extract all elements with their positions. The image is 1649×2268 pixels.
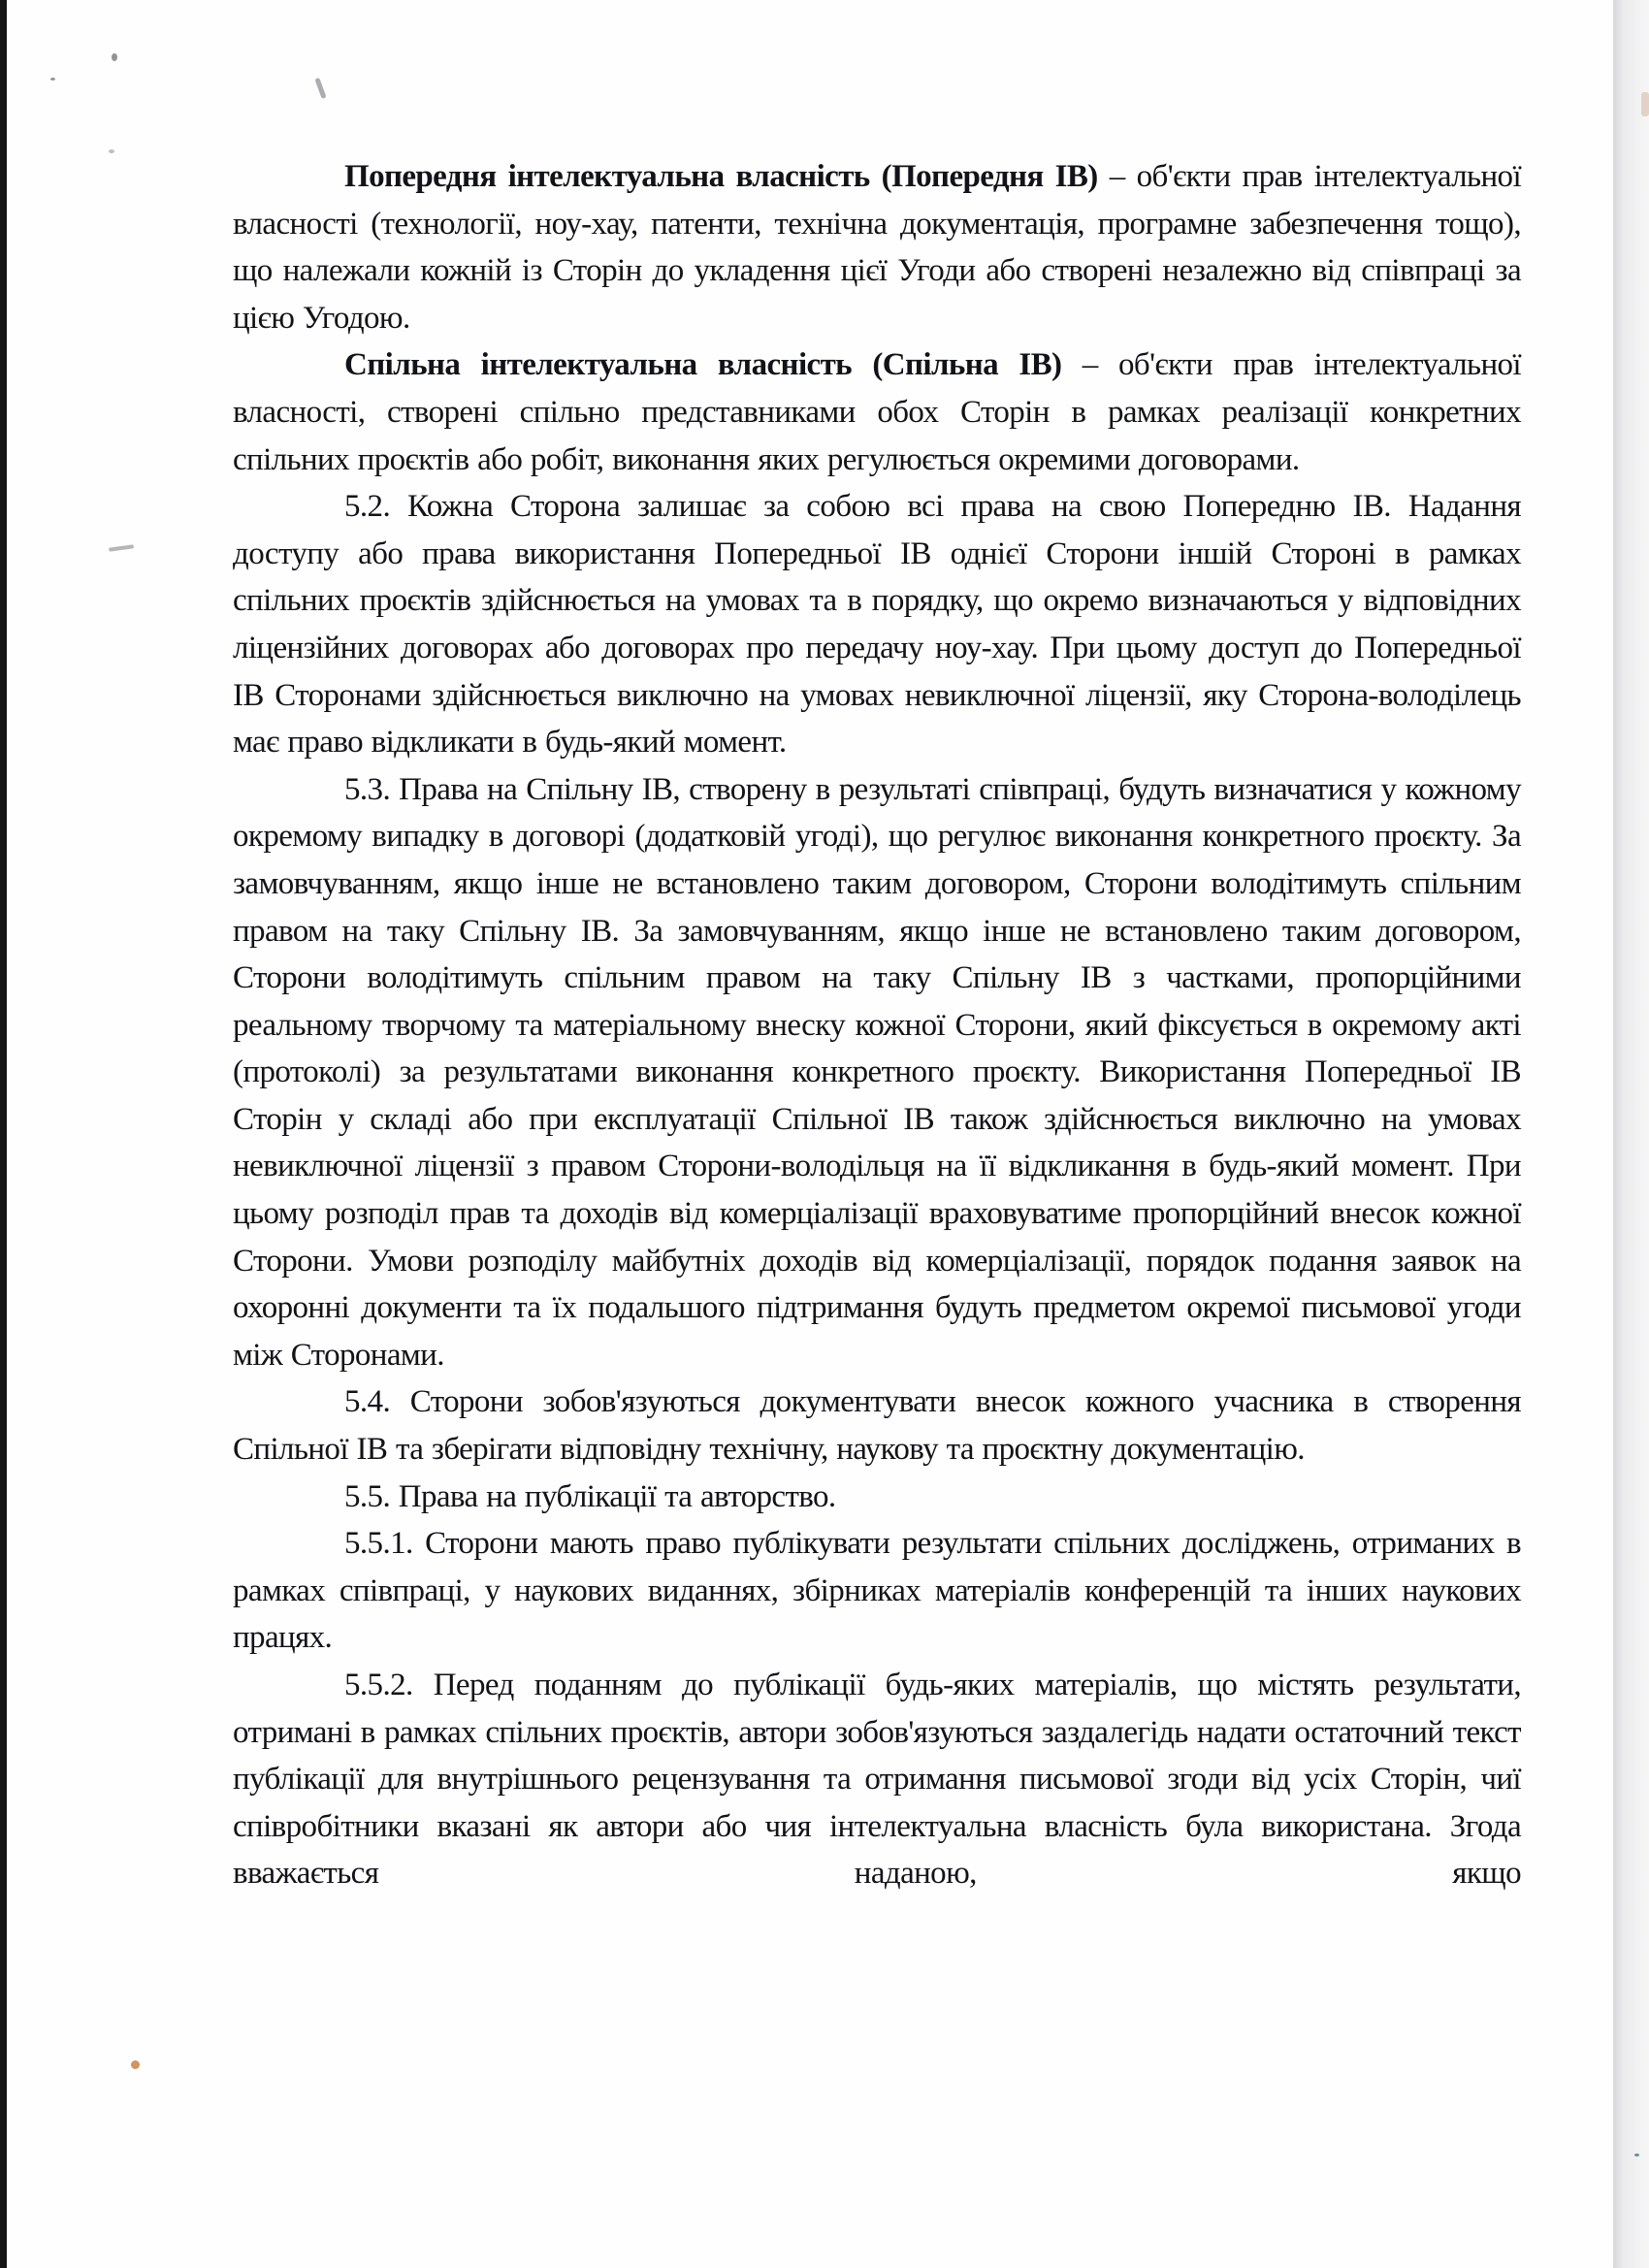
scan-speck [314,78,326,99]
definition-prior-ip: Попередня інтелектуальна власність (Попе… [233,153,1521,341]
clause-5-5-2: 5.5.2. Перед поданням до публікації будь… [233,1662,1521,1897]
scan-speck [112,53,117,61]
defined-term: Спільна інтелектуальна власність (Спільн… [344,347,1061,382]
scanned-page: Попередня інтелектуальна власність (Попе… [0,0,1649,2268]
scan-speck [1634,2154,1639,2156]
scan-speck [109,149,114,153]
clause-5-3: 5.3. Права на Спільну ІВ, створену в рез… [233,766,1521,1379]
section-heading-text: 5.5. Права на публікації та авторство. [344,1479,836,1514]
paragraph-text: 5.5.2. Перед поданням до публікації будь… [233,1668,1521,1891]
scan-speck [50,78,55,81]
scan-speck [131,2060,140,2069]
scan-right-border [1613,0,1649,2268]
clause-5-5-1: 5.5.1. Сторони мають право публікувати р… [233,1520,1521,1662]
clause-5-5: 5.5. Права на публікації та авторство. [233,1474,1521,1521]
clause-5-4: 5.4. Сторони зобов'язуються документуват… [233,1378,1521,1473]
scan-speck [109,544,134,552]
defined-term: Попередня інтелектуальна власність (Попе… [344,159,1098,194]
scan-left-border [0,0,7,2268]
paragraph-text: 5.5.1. Сторони мають право публікувати р… [233,1526,1521,1655]
paragraph-text: 5.2. Кожна Сторона залишає за собою всі … [233,489,1521,760]
scan-speck [1641,92,1649,116]
definition-joint-ip: Спільна інтелектуальна власність (Спільн… [233,341,1521,483]
clause-5-2: 5.2. Кожна Сторона залишає за собою всі … [233,483,1521,766]
document-body: Попередня інтелектуальна власність (Попе… [233,153,1521,1897]
paragraph-text: 5.4. Сторони зобов'язуються документуват… [233,1384,1521,1467]
paragraph-text: 5.3. Права на Спільну ІВ, створену в рез… [233,772,1521,1373]
